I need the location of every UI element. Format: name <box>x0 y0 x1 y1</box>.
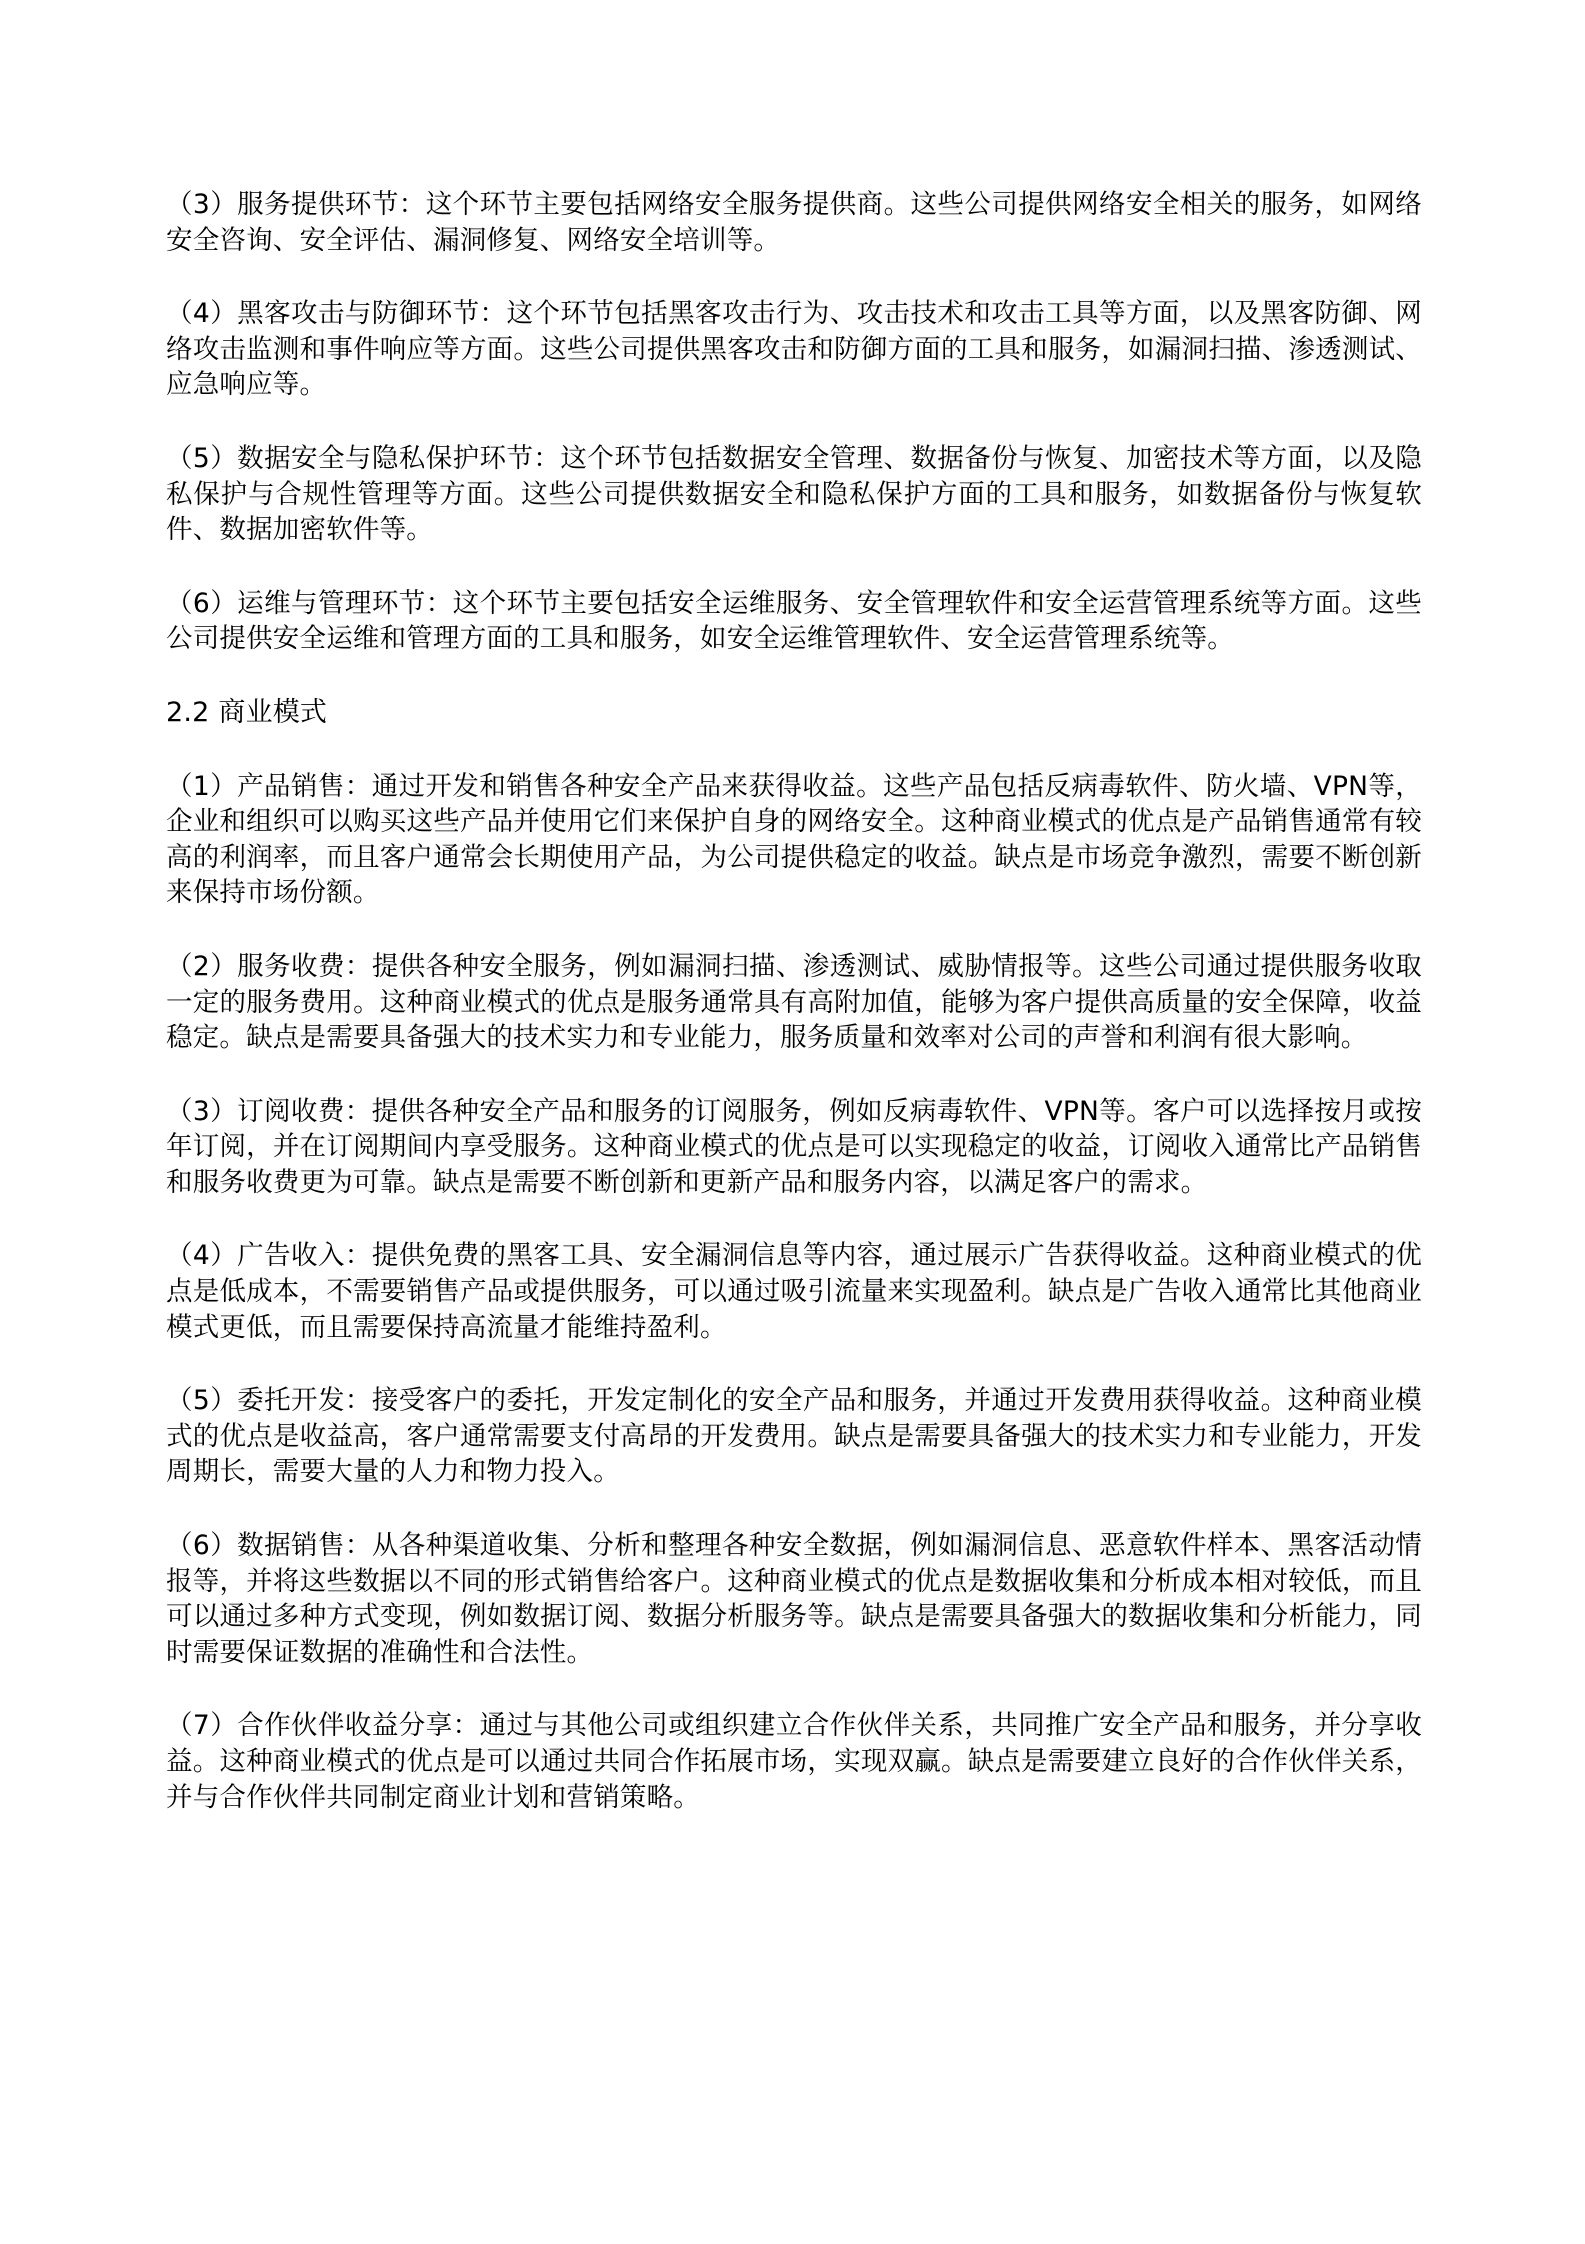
paragraph-data-sales: （6）数据销售：从各种渠道收集、分析和整理各种安全数据，例如漏洞信息、恶意软件样… <box>166 1528 1422 1670</box>
paragraph-service-provision: （3）服务提供环节：这个环节主要包括网络安全服务提供商。这些公司提供网络安全相关… <box>166 187 1422 258</box>
paragraph-label: （1）产品销售： <box>166 771 372 802</box>
paragraph-label: （6）运维与管理环节： <box>166 588 453 619</box>
paragraph-product-sales: （1）产品销售：通过开发和销售各种安全产品来获得收益。这些产品包括反病毒软件、防… <box>166 769 1422 911</box>
paragraph-partner-revenue-sharing: （7）合作伙伴收益分享：通过与其他公司或组织建立合作伙伴关系，共同推广安全产品和… <box>166 1708 1422 1815</box>
paragraph-hacker-attack-defense: （4）黑客攻击与防御环节：这个环节包括黑客攻击行为、攻击技术和攻击工具等方面，以… <box>166 296 1422 403</box>
paragraph-label: （6）数据销售： <box>166 1530 372 1561</box>
document-page: （3）服务提供环节：这个环节主要包括网络安全服务提供商。这些公司提供网络安全相关… <box>166 187 1422 1853</box>
paragraph-label: （3）服务提供环节： <box>166 189 426 220</box>
paragraph-contract-development: （5）委托开发：接受客户的委托，开发定制化的安全产品和服务，并通过开发费用获得收… <box>166 1383 1422 1490</box>
paragraph-label: （4）黑客攻击与防御环节： <box>166 298 507 329</box>
paragraph-operations-management: （6）运维与管理环节：这个环节主要包括安全运维服务、安全管理软件和安全运营管理系… <box>166 586 1422 657</box>
paragraph-label: （5）数据安全与隐私保护环节： <box>166 443 560 474</box>
paragraph-data-security-privacy: （5）数据安全与隐私保护环节：这个环节包括数据安全管理、数据备份与恢复、加密技术… <box>166 441 1422 548</box>
paragraph-service-fees: （2）服务收费：提供各种安全服务，例如漏洞扫描、渗透测试、威胁情报等。这些公司通… <box>166 949 1422 1056</box>
paragraph-label: （5）委托开发： <box>166 1385 372 1416</box>
paragraph-label: （4）广告收入： <box>166 1240 372 1271</box>
section-heading-business-model: 2.2 商业模式 <box>166 695 1422 731</box>
paragraph-label: （3）订阅收费： <box>166 1096 372 1127</box>
paragraph-label: （7）合作伙伴收益分享： <box>166 1710 480 1741</box>
paragraph-advertising-revenue: （4）广告收入：提供免费的黑客工具、安全漏洞信息等内容，通过展示广告获得收益。这… <box>166 1238 1422 1345</box>
paragraph-label: （2）服务收费： <box>166 951 372 982</box>
paragraph-subscription-fees: （3）订阅收费：提供各种安全产品和服务的订阅服务，例如反病毒软件、VPN等。客户… <box>166 1094 1422 1201</box>
